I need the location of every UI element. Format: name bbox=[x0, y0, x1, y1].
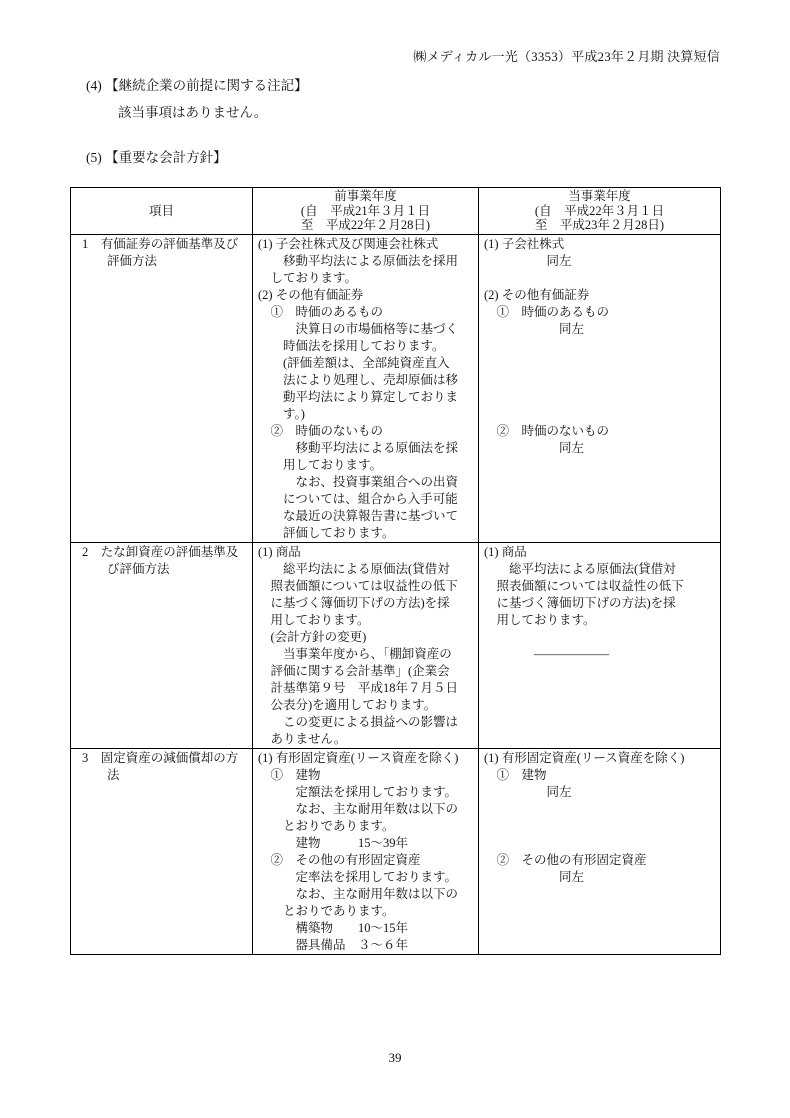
section-4-heading: (4) 【継続企業の前提に関する注記】 bbox=[86, 74, 308, 94]
table-row: 1 有価証券の評価基準及び 評価方法 (1) 子会社株式及び関連会社株式 移動平… bbox=[71, 234, 721, 542]
row1-curr-period-cell: (1) 子会社株式 同左 (2) その他有価証券 ① 時価のあるもの 同左 ② … bbox=[479, 234, 721, 542]
document-header: ㈱メディカル一光（3353）平成23年２月期 決算短信 bbox=[413, 46, 720, 65]
row3-curr-period-cell: (1) 有形固定資産(リース資産を除く) ① 建物 同左 ② その他の有形固定資… bbox=[479, 748, 721, 954]
row2-curr-period-cell: (1) 商品 総平均法による原価法(貸借対 照表価額については収益性の低下 に基… bbox=[479, 542, 721, 748]
row2-prev-period-cell: (1) 商品 総平均法による原価法(貸借対 照表価額については収益性の低下 に基… bbox=[253, 542, 479, 748]
row3-item-cell: 3 固定資産の減価償却の方 法 bbox=[71, 748, 253, 954]
section-4-body: 該当事項はありません。 bbox=[118, 101, 267, 121]
table-header-item: 項目 bbox=[71, 188, 253, 235]
table-header-curr-period: 当事業年度 (自 平成22年３月１日 至 平成23年２月28日) bbox=[479, 188, 721, 235]
accounting-policy-table: 項目 前事業年度 (自 平成21年３月１日 至 平成22年２月28日) 当事業年… bbox=[70, 187, 721, 955]
row3-prev-period-cell: (1) 有形固定資産(リース資産を除く) ① 建物 定額法を採用しております。 … bbox=[253, 748, 479, 954]
section-5-heading: (5) 【重要な会計方針】 bbox=[86, 146, 227, 166]
table-row: 2 たな卸資産の評価基準及 び評価方法 (1) 商品 総平均法による原価法(貸借… bbox=[71, 542, 721, 748]
row1-prev-period-cell: (1) 子会社株式及び関連会社株式 移動平均法による原価法を採用 しております。… bbox=[253, 234, 479, 542]
table-row: 3 固定資産の減価償却の方 法 (1) 有形固定資産(リース資産を除く) ① 建… bbox=[71, 748, 721, 954]
row2-item-cell: 2 たな卸資産の評価基準及 び評価方法 bbox=[71, 542, 253, 748]
table-header-prev-period: 前事業年度 (自 平成21年３月１日 至 平成22年２月28日) bbox=[253, 188, 479, 235]
row1-item-cell: 1 有価証券の評価基準及び 評価方法 bbox=[71, 234, 253, 542]
document-page: ㈱メディカル一光（3353）平成23年２月期 決算短信 (4) 【継続企業の前提… bbox=[0, 0, 790, 1118]
table-header-row: 項目 前事業年度 (自 平成21年３月１日 至 平成22年２月28日) 当事業年… bbox=[71, 188, 721, 235]
page-number: 39 bbox=[0, 1050, 790, 1066]
